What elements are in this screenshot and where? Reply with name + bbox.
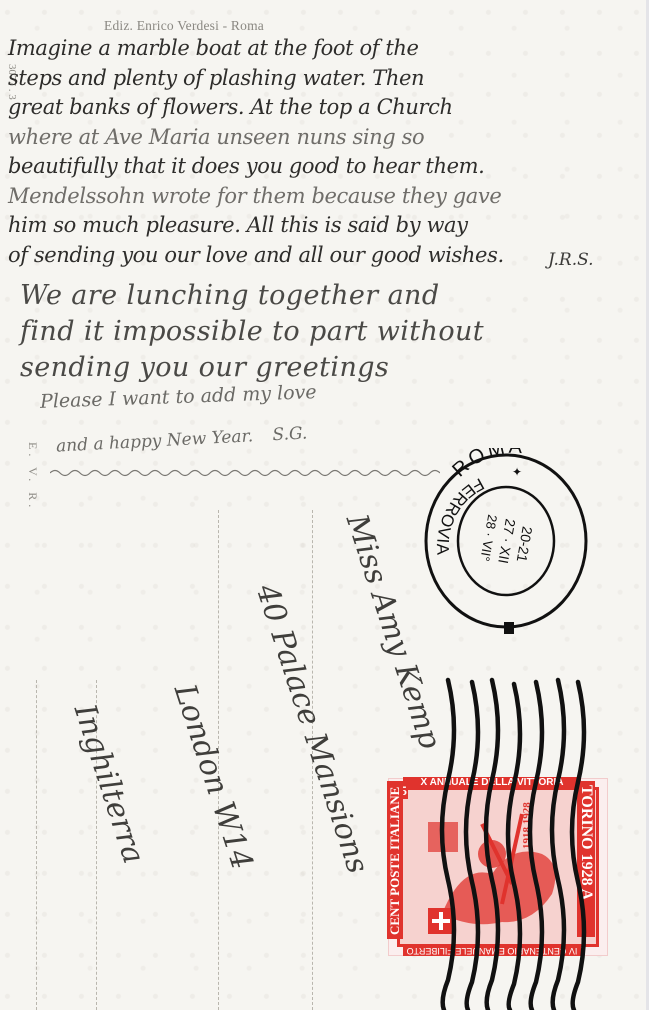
message-line: and a happy New Year.	[56, 426, 254, 456]
handwritten-message-2: We are lunching together and find it imp…	[20, 278, 484, 386]
signature-sg: S.G.	[272, 423, 308, 445]
message-line: steps and plenty of plashing water. Then	[8, 64, 504, 94]
address-line-country: Inghilterra	[67, 700, 151, 868]
message-line: find it impossible to part without	[20, 314, 484, 350]
wavy-divider	[50, 466, 440, 480]
message-line: of sending you our love and all our good…	[8, 241, 504, 271]
stamp-issuer-name: POSTE ITALIANE	[387, 787, 402, 896]
svg-text:FERROVIA: FERROVIA	[433, 474, 487, 556]
stamp-unit: CENT	[387, 899, 402, 935]
message-line: him so much pleasure. All this is said b…	[8, 211, 504, 241]
wavy-cancellation-lines	[430, 670, 600, 1010]
publisher-imprint: Ediz. Enrico Verdesi - Roma	[104, 18, 264, 34]
signature-jrs: J.R.S.	[548, 250, 594, 270]
message-line: Mendelssohn wrote for them because they …	[8, 182, 504, 212]
postmark-office: FERROVIA	[433, 474, 487, 556]
message-line: sending you our greetings	[20, 350, 484, 386]
postcard-back: Ediz. Enrico Verdesi - Roma 3077 . 3 Ima…	[0, 0, 649, 1010]
postmark-bar	[504, 622, 514, 634]
message-line: Imagine a marble boat at the foot of the	[8, 34, 504, 64]
message-line: where at Ave Maria unseen nuns sing so	[8, 123, 504, 153]
handwritten-message-1: Imagine a marble boat at the foot of the…	[8, 34, 504, 270]
printer-mark: E. V. R.	[25, 442, 40, 511]
postmark-roma-ferrovia: ROMA FERROVIA 20-21 27 · XII 28 · VII° ✦	[420, 448, 592, 634]
address-rule	[36, 680, 37, 1010]
star-icon: ✦	[512, 465, 522, 479]
stamp-issuer: CENT POSTE ITALIANE	[387, 781, 403, 939]
handwritten-message-3-continued: and a happy New Year. S.G.	[56, 423, 308, 456]
message-line: We are lunching together and	[20, 278, 484, 314]
message-line: beautifully that it does you good to hea…	[8, 152, 504, 182]
message-line: great banks of flowers. At the top a Chu…	[8, 93, 504, 123]
address-line-city: London W14	[167, 680, 260, 874]
